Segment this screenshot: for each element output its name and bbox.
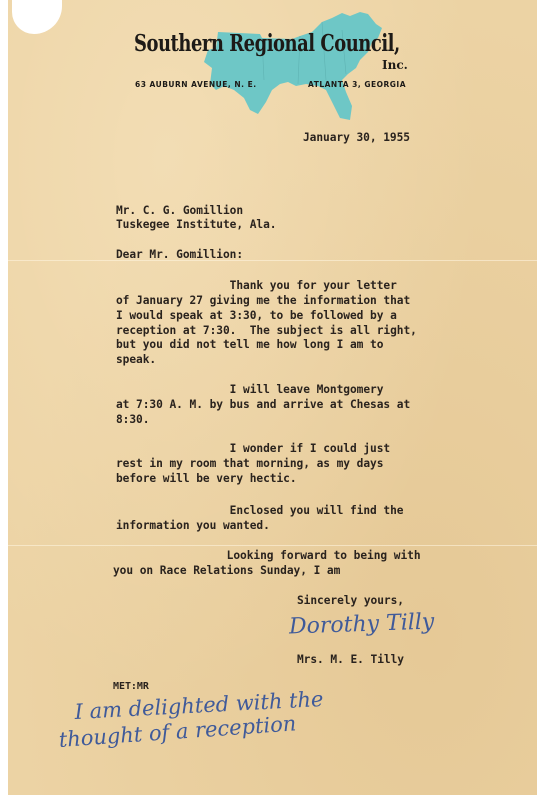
paragraph-line: of January 27 giving me the information …	[116, 294, 410, 309]
paragraph-line: but you did not tell me how long I am to	[116, 338, 383, 353]
typist-initials: MET:MR	[113, 680, 149, 695]
paragraph-line: rest in my room that morning, as my days	[116, 457, 383, 472]
fold-line	[8, 545, 537, 546]
paragraph-line: I wonder if I could just	[116, 442, 390, 457]
organization-name: Southern Regional Council,	[134, 30, 400, 57]
paragraph-line: before will be very hectic.	[116, 472, 297, 487]
paragraph-line: reception at 7:30. The subject is all ri…	[116, 324, 417, 339]
paragraph-line: I would speak at 3:30, to be followed by…	[116, 309, 397, 324]
recipient-address: Tuskegee Institute, Ala.	[116, 218, 276, 233]
address-city: ATLANTA 3, GEORGIA	[308, 80, 406, 89]
paragraph-line: information you wanted.	[116, 519, 270, 534]
paragraph-line: speak.	[116, 353, 156, 368]
closing: Sincerely yours,	[297, 594, 404, 609]
us-south-map-icon	[200, 10, 390, 122]
letter-date: January 30, 1955	[303, 131, 410, 146]
recipient-name: Mr. C. G. Gomillion	[116, 204, 243, 219]
paragraph-line: you on Race Relations Sunday, I am	[113, 564, 340, 579]
handwritten-signature: Dorothy Tilly	[289, 609, 435, 639]
fold-line	[8, 260, 537, 261]
paragraph-line: I will leave Montgomery	[116, 383, 383, 398]
address-street: 63 AUBURN AVENUE, N. E.	[135, 80, 257, 89]
paragraph-line: Thank you for your letter	[116, 279, 397, 294]
organization-suffix: Inc.	[382, 58, 408, 72]
paragraph-line: at 7:30 A. M. by bus and arrive at Chesa…	[116, 398, 410, 413]
signer-name: Mrs. M. E. Tilly	[297, 653, 404, 668]
paragraph-line: 8:30.	[116, 413, 149, 428]
salutation: Dear Mr. Gomillion:	[116, 248, 243, 263]
paragraph-line: Enclosed you will find the	[116, 504, 403, 519]
paragraph-line: Looking forward to being with	[113, 549, 421, 564]
